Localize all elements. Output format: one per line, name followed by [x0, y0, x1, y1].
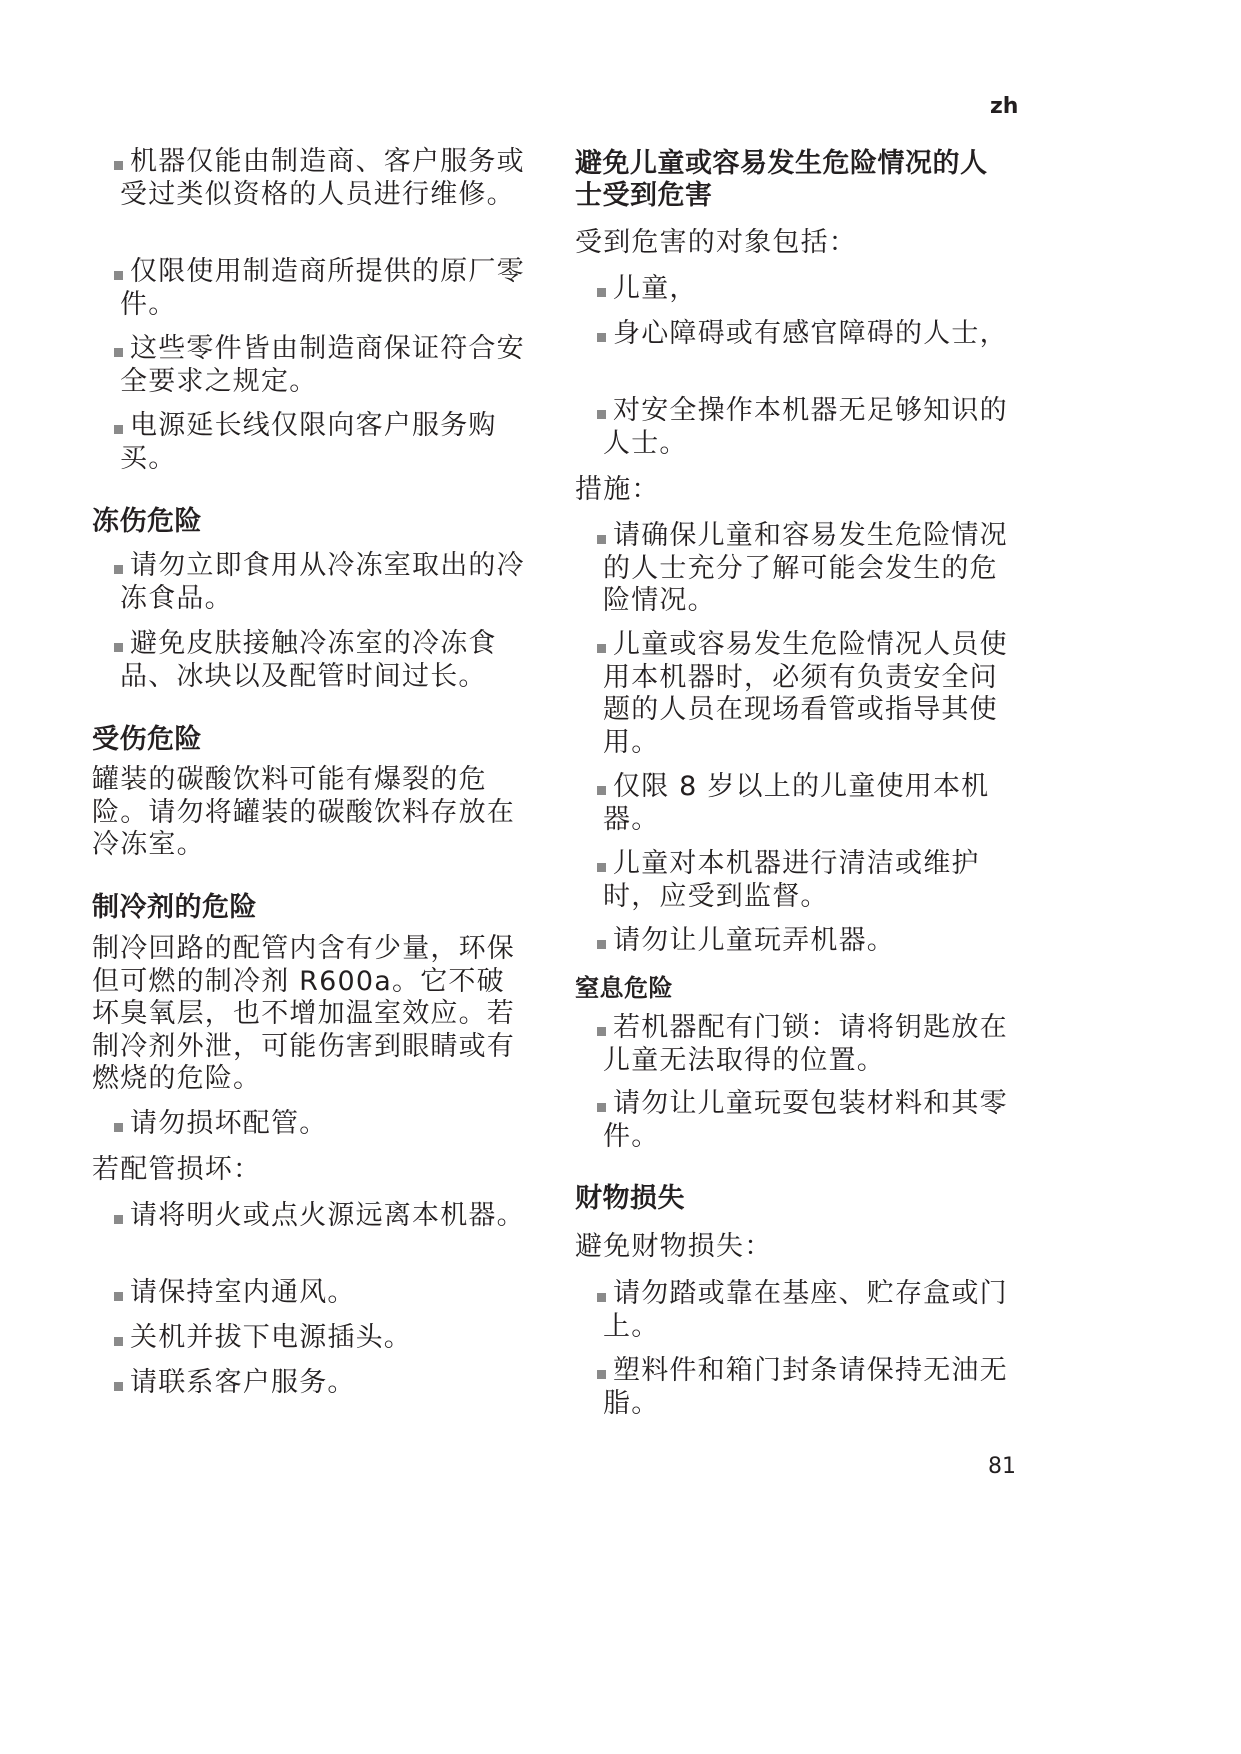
- section-heading-injury: 受伤危险: [92, 724, 532, 756]
- list-item: 仅限 8 岁以上的儿童使用本机器。: [575, 771, 1015, 836]
- section-heading-frostbite: 冻伤危险: [92, 506, 532, 538]
- list-item: 对安全操作本机器无足够知识的人士。: [575, 395, 1015, 460]
- list-item: 身心障碍或有感官障碍的人士，: [575, 318, 1015, 351]
- bullet-square-icon: [114, 161, 123, 170]
- list-item: 请保持室内通风。: [92, 1277, 532, 1310]
- intro-bullet-list: 机器仅能由制造商、客户服务或受过类似资格的人员进行维修。: [92, 146, 532, 211]
- list-item: 关机并拔下电源插头。: [92, 1322, 532, 1355]
- list-item: 机器仅能由制造商、客户服务或受过类似资格的人员进行维修。: [92, 146, 532, 211]
- language-code: zh: [990, 94, 1018, 119]
- section-heading-suffocation: 窒息危险: [575, 972, 1015, 1004]
- if-damaged-bullet-3: 关机并拔下电源插头。: [92, 1322, 532, 1355]
- list-item: 电源延长线仅限向客户服务购买。: [92, 410, 532, 475]
- intro-bullet-3: 这些零件皆由制造商保证符合安全要求之规定。: [92, 333, 532, 398]
- affected-bullet-2: 身心障碍或有感官障碍的人士，: [575, 318, 1015, 351]
- bullet-square-icon: [597, 644, 606, 653]
- bullet-square-icon: [597, 535, 606, 544]
- bullet-square-icon: [597, 786, 606, 795]
- bullet-square-icon: [597, 1293, 606, 1302]
- affected-bullet-1: 儿童，: [575, 273, 1015, 306]
- bullet-square-icon: [597, 863, 606, 872]
- injury-paragraph: 罐装的碳酸饮料可能有爆裂的危险。请勿将罐装的碳酸饮料存放在冷冻室。: [92, 764, 532, 862]
- affected-label: 受到危害的对象包括：: [575, 227, 1015, 260]
- bullet-square-icon: [597, 940, 606, 949]
- section-heading-vulnerable: 避免儿童或容易发生危险情况的人士受到危害: [575, 148, 1005, 212]
- bullet-square-icon: [114, 565, 123, 574]
- page-number: 81: [988, 1454, 1016, 1479]
- list-item: 这些零件皆由制造商保证符合安全要求之规定。: [92, 333, 532, 398]
- frostbite-bullet-2: 避免皮肤接触冷冻室的冷冻食品、冰块以及配管时间过长。: [92, 628, 532, 693]
- bullet-square-icon: [114, 425, 123, 434]
- if-damaged-label: 若配管损坏：: [92, 1154, 532, 1187]
- bullet-square-icon: [114, 1382, 123, 1391]
- suffocation-bullet-1: 若机器配有门锁：请将钥匙放在儿童无法取得的位置。: [575, 1012, 1015, 1077]
- measures-bullet-5: 请勿让儿童玩弄机器。: [575, 925, 1015, 958]
- list-item: 请勿让儿童玩弄机器。: [575, 925, 1015, 958]
- property-bullet-2: 塑料件和箱门封条请保持无油无脂。: [575, 1355, 1015, 1420]
- bullet-square-icon: [114, 271, 123, 280]
- bullet-square-icon: [114, 1337, 123, 1346]
- bullet-square-icon: [114, 348, 123, 357]
- property-label: 避免财物损失：: [575, 1231, 1015, 1264]
- list-item: 请确保儿童和容易发生危险情况的人士充分了解可能会发生的危险情况。: [575, 520, 1015, 618]
- measures-bullet-3: 仅限 8 岁以上的儿童使用本机器。: [575, 771, 1015, 836]
- list-item: 请勿损坏配管。: [92, 1108, 532, 1141]
- list-item: 请将明火或点火源远离本机器。: [92, 1200, 532, 1233]
- bullet-square-icon: [114, 643, 123, 652]
- list-item: 请联系客户服务。: [92, 1367, 532, 1400]
- section-heading-property: 财物损失: [575, 1183, 1015, 1215]
- refrigerant-bullet-1: 请勿损坏配管。: [92, 1108, 532, 1141]
- section-heading-refrigerant: 制冷剂的危险: [92, 892, 532, 924]
- list-item: 避免皮肤接触冷冻室的冷冻食品、冰块以及配管时间过长。: [92, 628, 532, 693]
- property-bullet-1: 请勿踏或靠在基座、贮存盒或门上。: [575, 1278, 1015, 1343]
- list-item: 儿童或容易发生危险情况人员使用本机器时，必须有负责安全问题的人员在现场看管或指导…: [575, 629, 1015, 759]
- bullet-square-icon: [114, 1292, 123, 1301]
- measures-bullet-1: 请确保儿童和容易发生危险情况的人士充分了解可能会发生的危险情况。: [575, 520, 1015, 618]
- list-item: 请勿让儿童玩耍包装材料和其零件。: [575, 1088, 1015, 1153]
- bullet-square-icon: [597, 410, 606, 419]
- if-damaged-bullet-2: 请保持室内通风。: [92, 1277, 532, 1310]
- refrigerant-paragraph: 制冷回路的配管内含有少量，环保但可燃的制冷剂 R600a。它不破坏臭氧层，也不增…: [92, 933, 532, 1096]
- list-item: 塑料件和箱门封条请保持无油无脂。: [575, 1355, 1015, 1420]
- bullet-square-icon: [597, 333, 606, 342]
- intro-bullet-4: 电源延长线仅限向客户服务购买。: [92, 410, 532, 475]
- measures-label: 措施：: [575, 474, 1015, 507]
- bullet-square-icon: [114, 1215, 123, 1224]
- list-item: 儿童，: [575, 273, 1015, 306]
- list-item: 请勿立即食用从冷冻室取出的冷冻食品。: [92, 550, 532, 615]
- if-damaged-bullet-1: 请将明火或点火源远离本机器。: [92, 1200, 532, 1233]
- list-item: 若机器配有门锁：请将钥匙放在儿童无法取得的位置。: [575, 1012, 1015, 1077]
- bullet-square-icon: [597, 1027, 606, 1036]
- frostbite-bullet-1: 请勿立即食用从冷冻室取出的冷冻食品。: [92, 550, 532, 615]
- list-item: 仅限使用制造商所提供的原厂零件。: [92, 256, 532, 321]
- bullet-square-icon: [597, 1370, 606, 1379]
- affected-bullet-3: 对安全操作本机器无足够知识的人士。: [575, 395, 1015, 460]
- bullet-square-icon: [597, 1103, 606, 1112]
- if-damaged-bullet-4: 请联系客户服务。: [92, 1367, 532, 1400]
- intro-bullet-2: 仅限使用制造商所提供的原厂零件。: [92, 256, 532, 321]
- list-item: 儿童对本机器进行清洁或维护时，应受到监督。: [575, 848, 1015, 913]
- measures-bullet-4: 儿童对本机器进行清洁或维护时，应受到监督。: [575, 848, 1015, 913]
- bullet-square-icon: [114, 1123, 123, 1132]
- bullet-square-icon: [597, 288, 606, 297]
- suffocation-bullet-2: 请勿让儿童玩耍包装材料和其零件。: [575, 1088, 1015, 1153]
- list-item: 请勿踏或靠在基座、贮存盒或门上。: [575, 1278, 1015, 1343]
- measures-bullet-2: 儿童或容易发生危险情况人员使用本机器时，必须有负责安全问题的人员在现场看管或指导…: [575, 629, 1015, 759]
